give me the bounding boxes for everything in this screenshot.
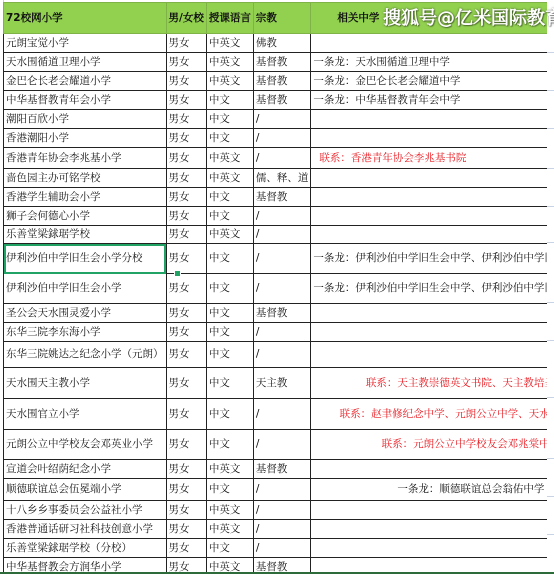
language-cell[interactable]: 中文 — [206, 129, 253, 148]
table-row: 啬色园主办可铭学校 男女 中英文 儒、释、道 493 — [4, 169, 554, 188]
gutter-line — [547, 242, 554, 243]
language-cell[interactable]: 中文 — [206, 274, 253, 304]
religion-cell[interactable]: / — [253, 399, 311, 430]
related-cell[interactable]: 一条龙：金巴仑长老会耀道中学 — [311, 72, 554, 91]
gutter-line — [547, 52, 554, 53]
related-cell[interactable]: 一条龙：伊利沙伯中学旧生会中学、伊利沙伯中学旧生会汤国华中学 — [311, 274, 554, 304]
gender-cell[interactable]: 男女 — [166, 479, 206, 501]
language-cell[interactable]: 中文 — [206, 539, 253, 558]
header-religion[interactable]: 宗教 — [253, 3, 311, 34]
religion-cell[interactable]: / — [253, 430, 311, 460]
gutter-line — [547, 206, 554, 207]
religion-cell[interactable]: / — [253, 520, 311, 539]
table-row: 东华三院李东海小学 男女 中文 / 218 — [4, 323, 554, 342]
language-cell[interactable]: 中英文 — [206, 501, 253, 520]
religion-cell[interactable]: / — [253, 342, 311, 368]
table-row: 元朗宝觉小学 男女 中英文 佛教 429 — [4, 34, 554, 53]
gender-cell[interactable]: 男女 — [166, 72, 206, 91]
header-school[interactable]: 72校网小学 — [4, 3, 167, 34]
table-row: 顺德联谊总会伍冕端小学 男女 中文 / 一条龙：顺德联谊总会翁佑中学 154 — [4, 479, 554, 501]
table-row: 香港潮阳小学 男女 中文 / 311 — [4, 129, 554, 148]
related-cell[interactable] — [311, 501, 554, 520]
gender-cell[interactable]: 男女 — [166, 129, 206, 148]
religion-cell[interactable]: / — [253, 274, 311, 304]
table-row: 中华基督教青年会小学 男女 中文 基督教 一条龙：中华基督教青年会中学 360 — [4, 91, 554, 110]
school-name-cell[interactable]: 金巴仑长老会耀道小学 — [4, 72, 167, 91]
school-name-cell[interactable]: 十八乡乡事委员会公益社小学 — [4, 501, 167, 520]
bottom-border — [0, 572, 554, 576]
religion-cell[interactable]: / — [253, 129, 311, 148]
table-row: 十八乡乡事委员会公益社小学 男女 中英文 / 268 — [4, 501, 554, 520]
related-cell[interactable]: 联系：元朗公立中学校友会邓兆棠中学 — [311, 430, 554, 460]
school-name-cell[interactable]: 顺德联谊总会伍冕端小学 — [4, 479, 167, 501]
related-cell[interactable] — [311, 226, 554, 244]
language-cell[interactable]: 中英文 — [206, 169, 253, 188]
table-row: 香港学生辅助会小学 男女 中文 基督教 277 — [4, 188, 554, 207]
school-name-cell[interactable]: 中华基督教青年会小学 — [4, 91, 167, 110]
language-cell[interactable]: 中文 — [206, 110, 253, 129]
language-cell[interactable]: 中英文 — [206, 520, 253, 539]
gender-cell[interactable]: 男女 — [166, 368, 206, 399]
language-cell[interactable]: 中文 — [206, 304, 253, 323]
gender-cell[interactable]: 男女 — [166, 110, 206, 129]
language-cell[interactable]: 中文 — [206, 368, 253, 399]
table-row: 香港青年协会李兆基小学 男女 中英文 / 联系：香港青年协会李兆基书院 239 — [4, 148, 554, 169]
language-cell[interactable]: 中文 — [206, 430, 253, 460]
religion-cell[interactable]: 天主教 — [253, 368, 311, 399]
language-cell[interactable]: 中英文 — [206, 460, 253, 479]
religion-cell[interactable]: / — [253, 479, 311, 501]
gender-cell[interactable]: 男女 — [166, 226, 206, 244]
selection-fill-handle[interactable] — [174, 270, 181, 277]
school-name-cell-selected[interactable]: 伊利沙伯中学旧生会小学分校 — [4, 244, 167, 274]
table-row: 乐善堂梁銶琚学校 男女 中英文 / 304 — [4, 226, 554, 244]
gutter-line — [547, 397, 554, 398]
table-row: 香港普通话研习社科技创意小学 男女 中英文 / 284 — [4, 520, 554, 539]
religion-cell[interactable]: / — [253, 501, 311, 520]
header-language[interactable]: 授课语言 — [206, 3, 253, 34]
school-table: 72校网小学 男/女校 授课语言 宗教 相关中学 全港排名 元朗宝觉小学 男女 … — [3, 2, 554, 576]
language-cell[interactable]: 中文 — [206, 342, 253, 368]
religion-cell[interactable]: / — [253, 539, 311, 558]
related-cell[interactable]: 一条龙：顺德联谊总会翁佑中学 — [311, 479, 554, 501]
religion-cell[interactable]: / — [253, 148, 311, 169]
school-name-cell[interactable]: 乐善堂梁銶琚学校 — [4, 226, 167, 244]
school-name-cell[interactable]: 潮阳百欣小学 — [4, 110, 167, 129]
religion-cell[interactable]: 基督教 — [253, 53, 311, 72]
school-name-cell[interactable]: 伊利沙伯中学旧生会小学 — [4, 274, 167, 304]
language-cell[interactable]: 中英文 — [206, 148, 253, 169]
gender-cell[interactable]: 男女 — [166, 207, 206, 226]
related-cell[interactable] — [311, 110, 554, 129]
language-cell[interactable]: 中文 — [206, 207, 253, 226]
school-name-cell[interactable]: 天水围天主教小学 — [4, 368, 167, 399]
religion-cell[interactable]: 基督教 — [253, 304, 311, 323]
school-name-cell[interactable]: 东华三院李东海小学 — [4, 323, 167, 342]
gender-cell[interactable]: 男女 — [166, 430, 206, 460]
school-name-cell[interactable]: 圣公会天水围灵爱小学 — [4, 304, 167, 323]
table-row: 潮阳百欣小学 男女 中文 / 312 — [4, 110, 554, 129]
religion-cell[interactable]: 儒、释、道 — [253, 169, 311, 188]
religion-cell[interactable]: 基督教 — [253, 72, 311, 91]
gender-cell[interactable]: 男女 — [166, 539, 206, 558]
table-row: 圣公会天水围灵爱小学 男女 中文 基督教 303 — [4, 304, 554, 323]
gender-cell[interactable]: 男女 — [166, 91, 206, 110]
school-name-cell[interactable]: 天水围循道卫理小学 — [4, 53, 167, 72]
language-cell[interactable]: 中文 — [206, 244, 253, 274]
gender-cell[interactable]: 男女 — [166, 53, 206, 72]
table-row: 天水围官立小学 男女 中文 / 联系：赵聿修纪念中学、元朗公立中学、天水围官立中… — [4, 399, 554, 430]
gutter-line — [547, 458, 554, 459]
gutter-line — [547, 302, 554, 303]
school-name-cell[interactable]: 东华三院姚达之纪念小学（元朗） — [4, 342, 167, 368]
religion-cell[interactable]: / — [253, 207, 311, 226]
gutter-line — [547, 340, 554, 341]
gender-cell[interactable]: 男女 — [166, 274, 206, 304]
religion-cell[interactable]: 基督教 — [253, 460, 311, 479]
language-cell[interactable]: 中文 — [206, 91, 253, 110]
gender-cell[interactable]: 男女 — [166, 399, 206, 430]
related-cell[interactable] — [311, 34, 554, 53]
gutter-line — [547, 128, 554, 129]
school-name-cell[interactable]: 狮子会何德心小学 — [4, 207, 167, 226]
related-cell[interactable] — [311, 539, 554, 558]
school-name-cell[interactable]: 香港学生辅助会小学 — [4, 188, 167, 207]
table-row: 天水围循道卫理小学 男女 中英文 基督教 一条龙：天水围循道卫理中学 400 — [4, 53, 554, 72]
school-name-cell[interactable]: 元朗公立中学校友会邓英业小学 — [4, 430, 167, 460]
language-cell[interactable]: 中英文 — [206, 53, 253, 72]
religion-cell[interactable]: / — [253, 244, 311, 274]
table-row: 天水围天主教小学 男女 中文 天主教 联系：天主教崇德英文书院、天主教培圣中学 … — [4, 368, 554, 399]
religion-cell[interactable]: / — [253, 226, 311, 244]
right-gutter — [547, 0, 554, 576]
religion-cell[interactable]: 基督教 — [253, 91, 311, 110]
related-cell[interactable]: 一条龙：中华基督教青年会中学 — [311, 91, 554, 110]
related-cell[interactable]: 联系：香港青年协会李兆基书院 — [311, 148, 554, 169]
gutter-line — [547, 534, 554, 535]
gender-cell[interactable]: 男女 — [166, 244, 206, 274]
gender-cell[interactable]: 男女 — [166, 342, 206, 368]
school-name-cell[interactable]: 元朗宝觉小学 — [4, 34, 167, 53]
gutter-line — [547, 90, 554, 91]
religion-cell[interactable]: / — [253, 110, 311, 129]
language-cell[interactable]: 中英文 — [206, 34, 253, 53]
watermark-text: 搜狐号@亿米国际教育 — [383, 4, 554, 30]
gender-cell[interactable]: 男女 — [166, 520, 206, 539]
school-name-cell[interactable]: 香港潮阳小学 — [4, 129, 167, 148]
school-name-cell[interactable]: 天水围官立小学 — [4, 399, 167, 430]
table-row: 狮子会何德心小学 男女 中文 / 362 — [4, 207, 554, 226]
related-cell[interactable]: 联系：天主教崇德英文书院、天主教培圣中学 — [311, 368, 554, 399]
gutter-line — [547, 168, 554, 169]
language-cell[interactable]: 中英文 — [206, 226, 253, 244]
related-cell[interactable] — [311, 129, 554, 148]
related-cell[interactable] — [311, 323, 554, 342]
language-cell[interactable]: 中文 — [206, 399, 253, 430]
related-cell[interactable] — [311, 188, 554, 207]
related-cell[interactable] — [311, 520, 554, 539]
school-name-cell[interactable]: 香港普通话研习社科技创意小学 — [4, 520, 167, 539]
gender-cell[interactable]: 男女 — [166, 501, 206, 520]
school-name-cell[interactable]: 香港青年协会李兆基小学 — [4, 148, 167, 169]
table-row: 伊利沙伯中学旧生会小学分校 男女 中文 / 一条龙：伊利沙伯中学旧生会中学、伊利… — [4, 244, 554, 274]
language-cell[interactable]: 中文 — [206, 323, 253, 342]
gender-cell[interactable]: 男女 — [166, 323, 206, 342]
religion-cell[interactable]: / — [253, 323, 311, 342]
header-gender[interactable]: 男/女校 — [166, 3, 206, 34]
related-cell[interactable] — [311, 169, 554, 188]
table-row: 金巴仑长老会耀道小学 男女 中英文 基督教 一条龙：金巴仑长老会耀道中学 418 — [4, 72, 554, 91]
gender-cell[interactable]: 男女 — [166, 460, 206, 479]
gender-cell[interactable]: 男女 — [166, 188, 206, 207]
related-cell[interactable] — [311, 342, 554, 368]
table-row: 元朗公立中学校友会邓英业小学 男女 中文 / 联系：元朗公立中学校友会邓兆棠中学… — [4, 430, 554, 460]
school-name-cell[interactable]: 啬色园主办可铭学校 — [4, 169, 167, 188]
language-cell[interactable]: 中文 — [206, 188, 253, 207]
related-cell[interactable]: 联系：赵聿修纪念中学、元朗公立中学、天水围官立中学 — [311, 399, 554, 430]
table-row: 乐善堂梁銶琚学校（分校） 男女 中文 / 241 — [4, 539, 554, 558]
school-name-cell[interactable]: 乐善堂梁銶琚学校（分校） — [4, 539, 167, 558]
gender-cell[interactable]: 男女 — [166, 148, 206, 169]
table-row: 东华三院姚达之纪念小学（元朗） 男女 中文 / 382 — [4, 342, 554, 368]
spreadsheet: 72校网小学 男/女校 授课语言 宗教 相关中学 全港排名 元朗宝觉小学 男女 … — [0, 0, 554, 576]
gender-cell[interactable]: 男女 — [166, 34, 206, 53]
gender-cell[interactable]: 男女 — [166, 169, 206, 188]
related-cell[interactable] — [311, 304, 554, 323]
related-cell[interactable] — [311, 207, 554, 226]
language-cell[interactable]: 中文 — [206, 479, 253, 501]
gender-cell[interactable]: 男女 — [166, 304, 206, 323]
religion-cell[interactable]: 基督教 — [253, 188, 311, 207]
school-name-cell[interactable]: 宣道会叶绍荫纪念小学 — [4, 460, 167, 479]
religion-cell[interactable]: 佛教 — [253, 34, 311, 53]
related-cell[interactable] — [311, 460, 554, 479]
language-cell[interactable]: 中英文 — [206, 72, 253, 91]
related-cell[interactable]: 一条龙：伊利沙伯中学旧生会中学、伊利沙伯中学旧生会汤国华中学 — [311, 244, 554, 274]
table-row: 宣道会叶绍荫纪念小学 男女 中英文 基督教 237 — [4, 460, 554, 479]
related-cell[interactable]: 一条龙：天水围循道卫理中学 — [311, 53, 554, 72]
gutter-line — [547, 496, 554, 497]
table-row: 伊利沙伯中学旧生会小学 男女 中文 / 一条龙：伊利沙伯中学旧生会中学、伊利沙伯… — [4, 274, 554, 304]
